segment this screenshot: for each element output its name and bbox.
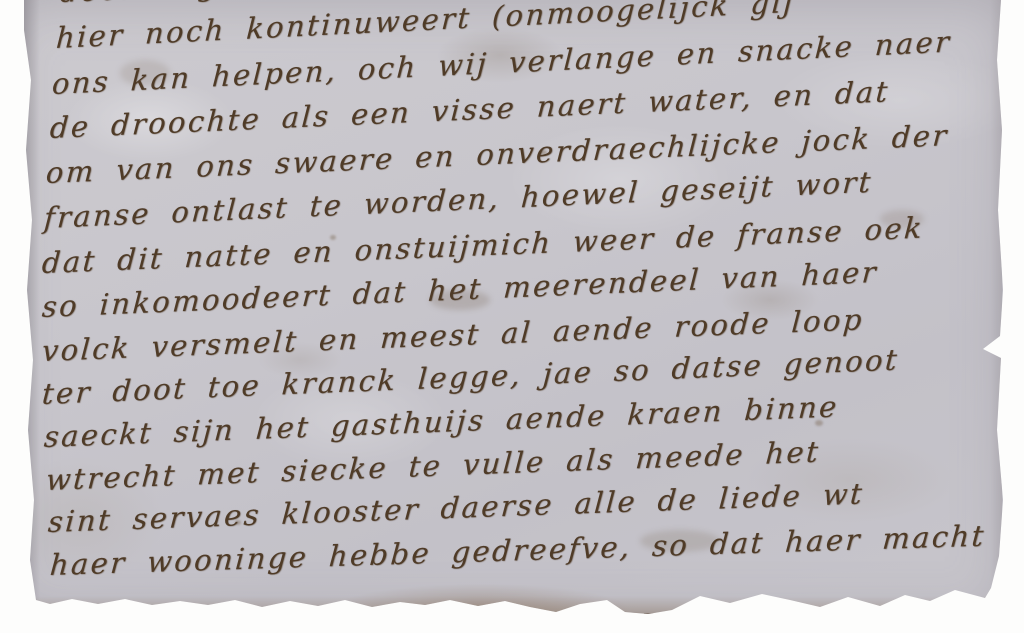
paper-right-edge-shadow — [990, 0, 1002, 622]
torn-bottom-edge-marks — [30, 613, 1000, 622]
manuscript-paper: doorde gnade … gelijck gij … hier noch k… — [0, 0, 1010, 622]
manuscript-scan: doorde gnade … gelijck gij … hier noch k… — [0, 0, 1024, 633]
torn-bottom-edge — [0, 596, 1010, 622]
paper-left-edge-shadow — [24, 0, 40, 622]
